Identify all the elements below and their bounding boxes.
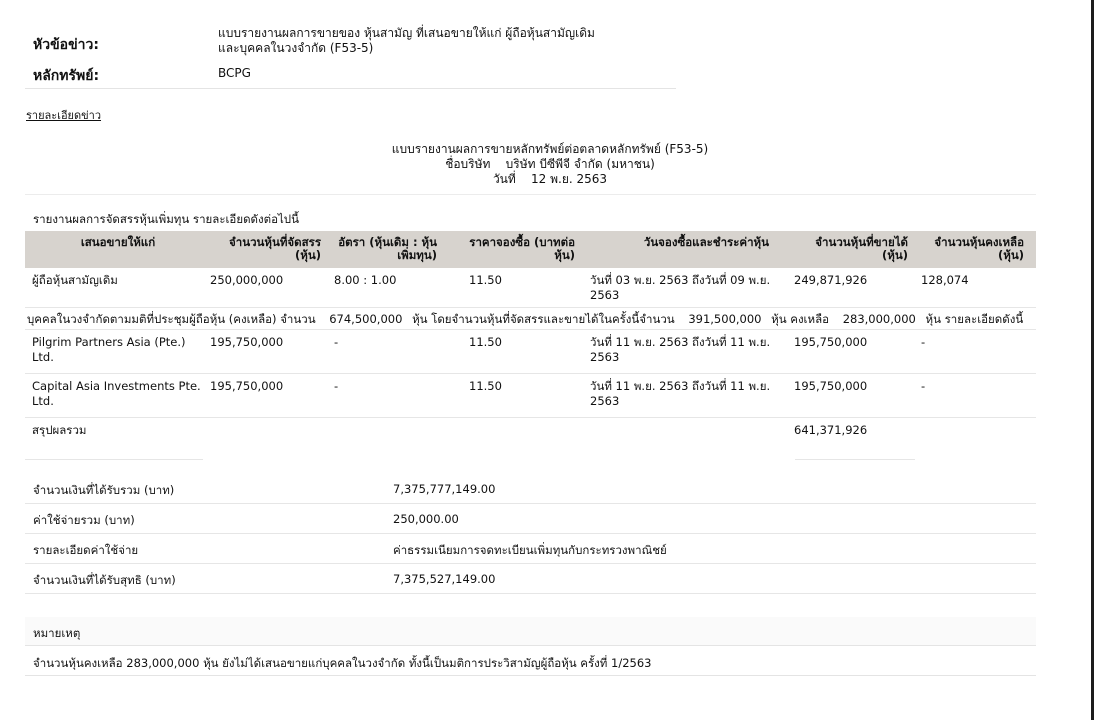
summary-label: สรุปผลรวม <box>25 418 203 460</box>
table-row: Pilgrim Partners Asia (Pte.) Ltd. 195,75… <box>25 330 1036 374</box>
header-offered-to: เสนอขายให้แก่ <box>25 231 203 268</box>
table-header: เสนอขายให้แก่ จำนวนหุ้นที่จัดสรร (หุ้น) … <box>25 231 1036 268</box>
note-total-shares: 674,500,000 <box>329 312 402 326</box>
financial-row-expense-details: รายละเอียดค่าใช้จ่าย ค่าธรรมเนียมการจดทะ… <box>25 534 1036 564</box>
cell-offered-to: Capital Asia Investments Pte. Ltd. <box>25 374 203 417</box>
cell-sold: 195,750,000 <box>787 374 914 417</box>
cell-offered-to: ผู้ถือหุ้นสามัญเดิม <box>25 268 203 307</box>
headline-label: หัวข้อข่าว: <box>33 26 218 62</box>
financial-row-expenses: ค่าใช้จ่ายรวม (บาท) 250,000.00 <box>25 504 1036 534</box>
financial-label: รายละเอียดค่าใช้จ่าย <box>25 542 393 563</box>
security-value: BCPG <box>218 62 251 88</box>
header-sold: จำนวนหุ้นที่ขายได้ (หุ้น) <box>787 231 914 268</box>
financial-summary: จำนวนเงินที่ได้รับรวม (บาท) 7,375,777,14… <box>25 474 1036 594</box>
note-text: หุ้น โดยจำนวนหุ้นที่จัดสรรและขายได้ในครั… <box>412 312 675 326</box>
note-text: หุ้น รายละเอียดดังนี้ <box>926 312 1024 326</box>
report-date: วันที่ 12 พ.ย. 2563 <box>330 172 770 187</box>
news-meta: หัวข้อข่าว: แบบรายงานผลการขายของ หุ้นสาม… <box>33 26 675 88</box>
security-row: หลักทรัพย์: BCPG <box>33 62 675 88</box>
header-price: ราคาจองซื้อ (บาทต่อหุ้น) <box>463 231 587 268</box>
news-details-link[interactable]: รายละเอียดข่าว <box>26 106 101 124</box>
divider <box>25 194 1036 195</box>
financial-value: ค่าธรรมเนียมการจดทะเบียนเพิ่มทุนกับกระทร… <box>393 542 667 563</box>
note-text: บุคคลในวงจำกัดตามมติที่ประชุมผู้ถือหุ้น … <box>27 312 316 326</box>
header-period: วันจองซื้อและชำระค่าหุ้น <box>587 231 787 268</box>
financial-row-net: จำนวนเงินที่ได้รับสุทธิ (บาท) 7,375,527,… <box>25 564 1036 594</box>
cell-ratio: - <box>327 330 463 373</box>
note-sold-shares: 391,500,000 <box>688 312 761 326</box>
financial-value: 7,375,527,149.00 <box>393 572 495 593</box>
cell-offered-to: Pilgrim Partners Asia (Pte.) Ltd. <box>25 330 203 373</box>
cell-price: 11.50 <box>463 330 587 373</box>
financial-label: จำนวนเงินที่ได้รับสุทธิ (บาท) <box>25 572 393 593</box>
private-placement-note: บุคคลในวงจำกัดตามมติที่ประชุมผู้ถือหุ้น … <box>25 308 1036 330</box>
financial-row-gross: จำนวนเงินที่ได้รับรวม (บาท) 7,375,777,14… <box>25 474 1036 504</box>
cell-price: 11.50 <box>463 268 587 307</box>
summary-total-sold: 641,371,926 <box>787 418 914 460</box>
headline-value: แบบรายงานผลการขายของ หุ้นสามัญ ที่เสนอขา… <box>218 26 595 62</box>
table-row: Capital Asia Investments Pte. Ltd. 195,7… <box>25 374 1036 418</box>
headline-line-1: แบบรายงานผลการขายของ หุ้นสามัญ ที่เสนอขา… <box>218 26 595 41</box>
headline-line-2: และบุคคลในวงจำกัด (F53-5) <box>218 41 595 56</box>
cell-period: วันที่ 03 พ.ย. 2563 ถึงวันที่ 09 พ.ย. 25… <box>587 268 787 307</box>
divider <box>25 459 203 460</box>
report-title-block: แบบรายงานผลการขายหลักทรัพย์ต่อตลาดหลักทร… <box>330 142 770 187</box>
cell-period: วันที่ 11 พ.ย. 2563 ถึงวันที่ 11 พ.ย. 25… <box>587 330 787 373</box>
cell-ratio: 8.00 : 1.00 <box>327 268 463 307</box>
divider <box>25 88 676 89</box>
financial-label: จำนวนเงินที่ได้รับรวม (บาท) <box>25 482 393 503</box>
allocation-caption: รายงานผลการจัดสรรหุ้นเพิ่มทุน รายละเอียด… <box>33 211 299 229</box>
cell-allocated: 195,750,000 <box>203 330 327 373</box>
notes-heading: หมายเหตุ <box>25 617 1036 646</box>
allocation-table: เสนอขายให้แก่ จำนวนหุ้นที่จัดสรร (หุ้น) … <box>25 231 1036 460</box>
financial-label: ค่าใช้จ่ายรวม (บาท) <box>25 512 393 533</box>
header-remaining: จำนวนหุ้นคงเหลือ (หุ้น) <box>914 231 1036 268</box>
cell-remaining: 128,074 <box>914 268 1036 307</box>
headline-row: หัวข้อข่าว: แบบรายงานผลการขายของ หุ้นสาม… <box>33 26 675 62</box>
cell-ratio: - <box>327 374 463 417</box>
cell-allocated: 250,000,000 <box>203 268 327 307</box>
notes-text: จำนวนหุ้นคงเหลือ 283,000,000 หุ้น ยังไม่… <box>25 646 1036 676</box>
summary-row: สรุปผลรวม 641,371,926 <box>25 418 1036 460</box>
header-ratio: อัตรา (หุ้นเดิม : หุ้นเพิ่มทุน) <box>327 231 463 268</box>
cell-sold: 249,871,926 <box>787 268 914 307</box>
cell-remaining: - <box>914 330 1036 373</box>
header-allocated: จำนวนหุ้นที่จัดสรร (หุ้น) <box>203 231 327 268</box>
security-label: หลักทรัพย์: <box>33 62 218 88</box>
company-name: ชื่อบริษัท บริษัท บีซีพีจี จำกัด (มหาชน) <box>330 157 770 172</box>
cell-sold: 195,750,000 <box>787 330 914 373</box>
report-title: แบบรายงานผลการขายหลักทรัพย์ต่อตลาดหลักทร… <box>330 142 770 157</box>
cell-price: 11.50 <box>463 374 587 417</box>
note-remaining-shares: 283,000,000 <box>843 312 916 326</box>
cell-period: วันที่ 11 พ.ย. 2563 ถึงวันที่ 11 พ.ย. 25… <box>587 374 787 417</box>
divider <box>795 459 915 460</box>
notes-section: หมายเหตุ จำนวนหุ้นคงเหลือ 283,000,000 หุ… <box>25 617 1036 676</box>
cell-remaining: - <box>914 374 1036 417</box>
news-page: หัวข้อข่าว: แบบรายงานผลการขายของ หุ้นสาม… <box>0 0 1094 720</box>
table-row: ผู้ถือหุ้นสามัญเดิม 250,000,000 8.00 : 1… <box>25 268 1036 308</box>
financial-value: 250,000.00 <box>393 512 459 533</box>
note-text: หุ้น คงเหลือ <box>771 312 829 326</box>
cell-allocated: 195,750,000 <box>203 374 327 417</box>
financial-value: 7,375,777,149.00 <box>393 482 495 503</box>
